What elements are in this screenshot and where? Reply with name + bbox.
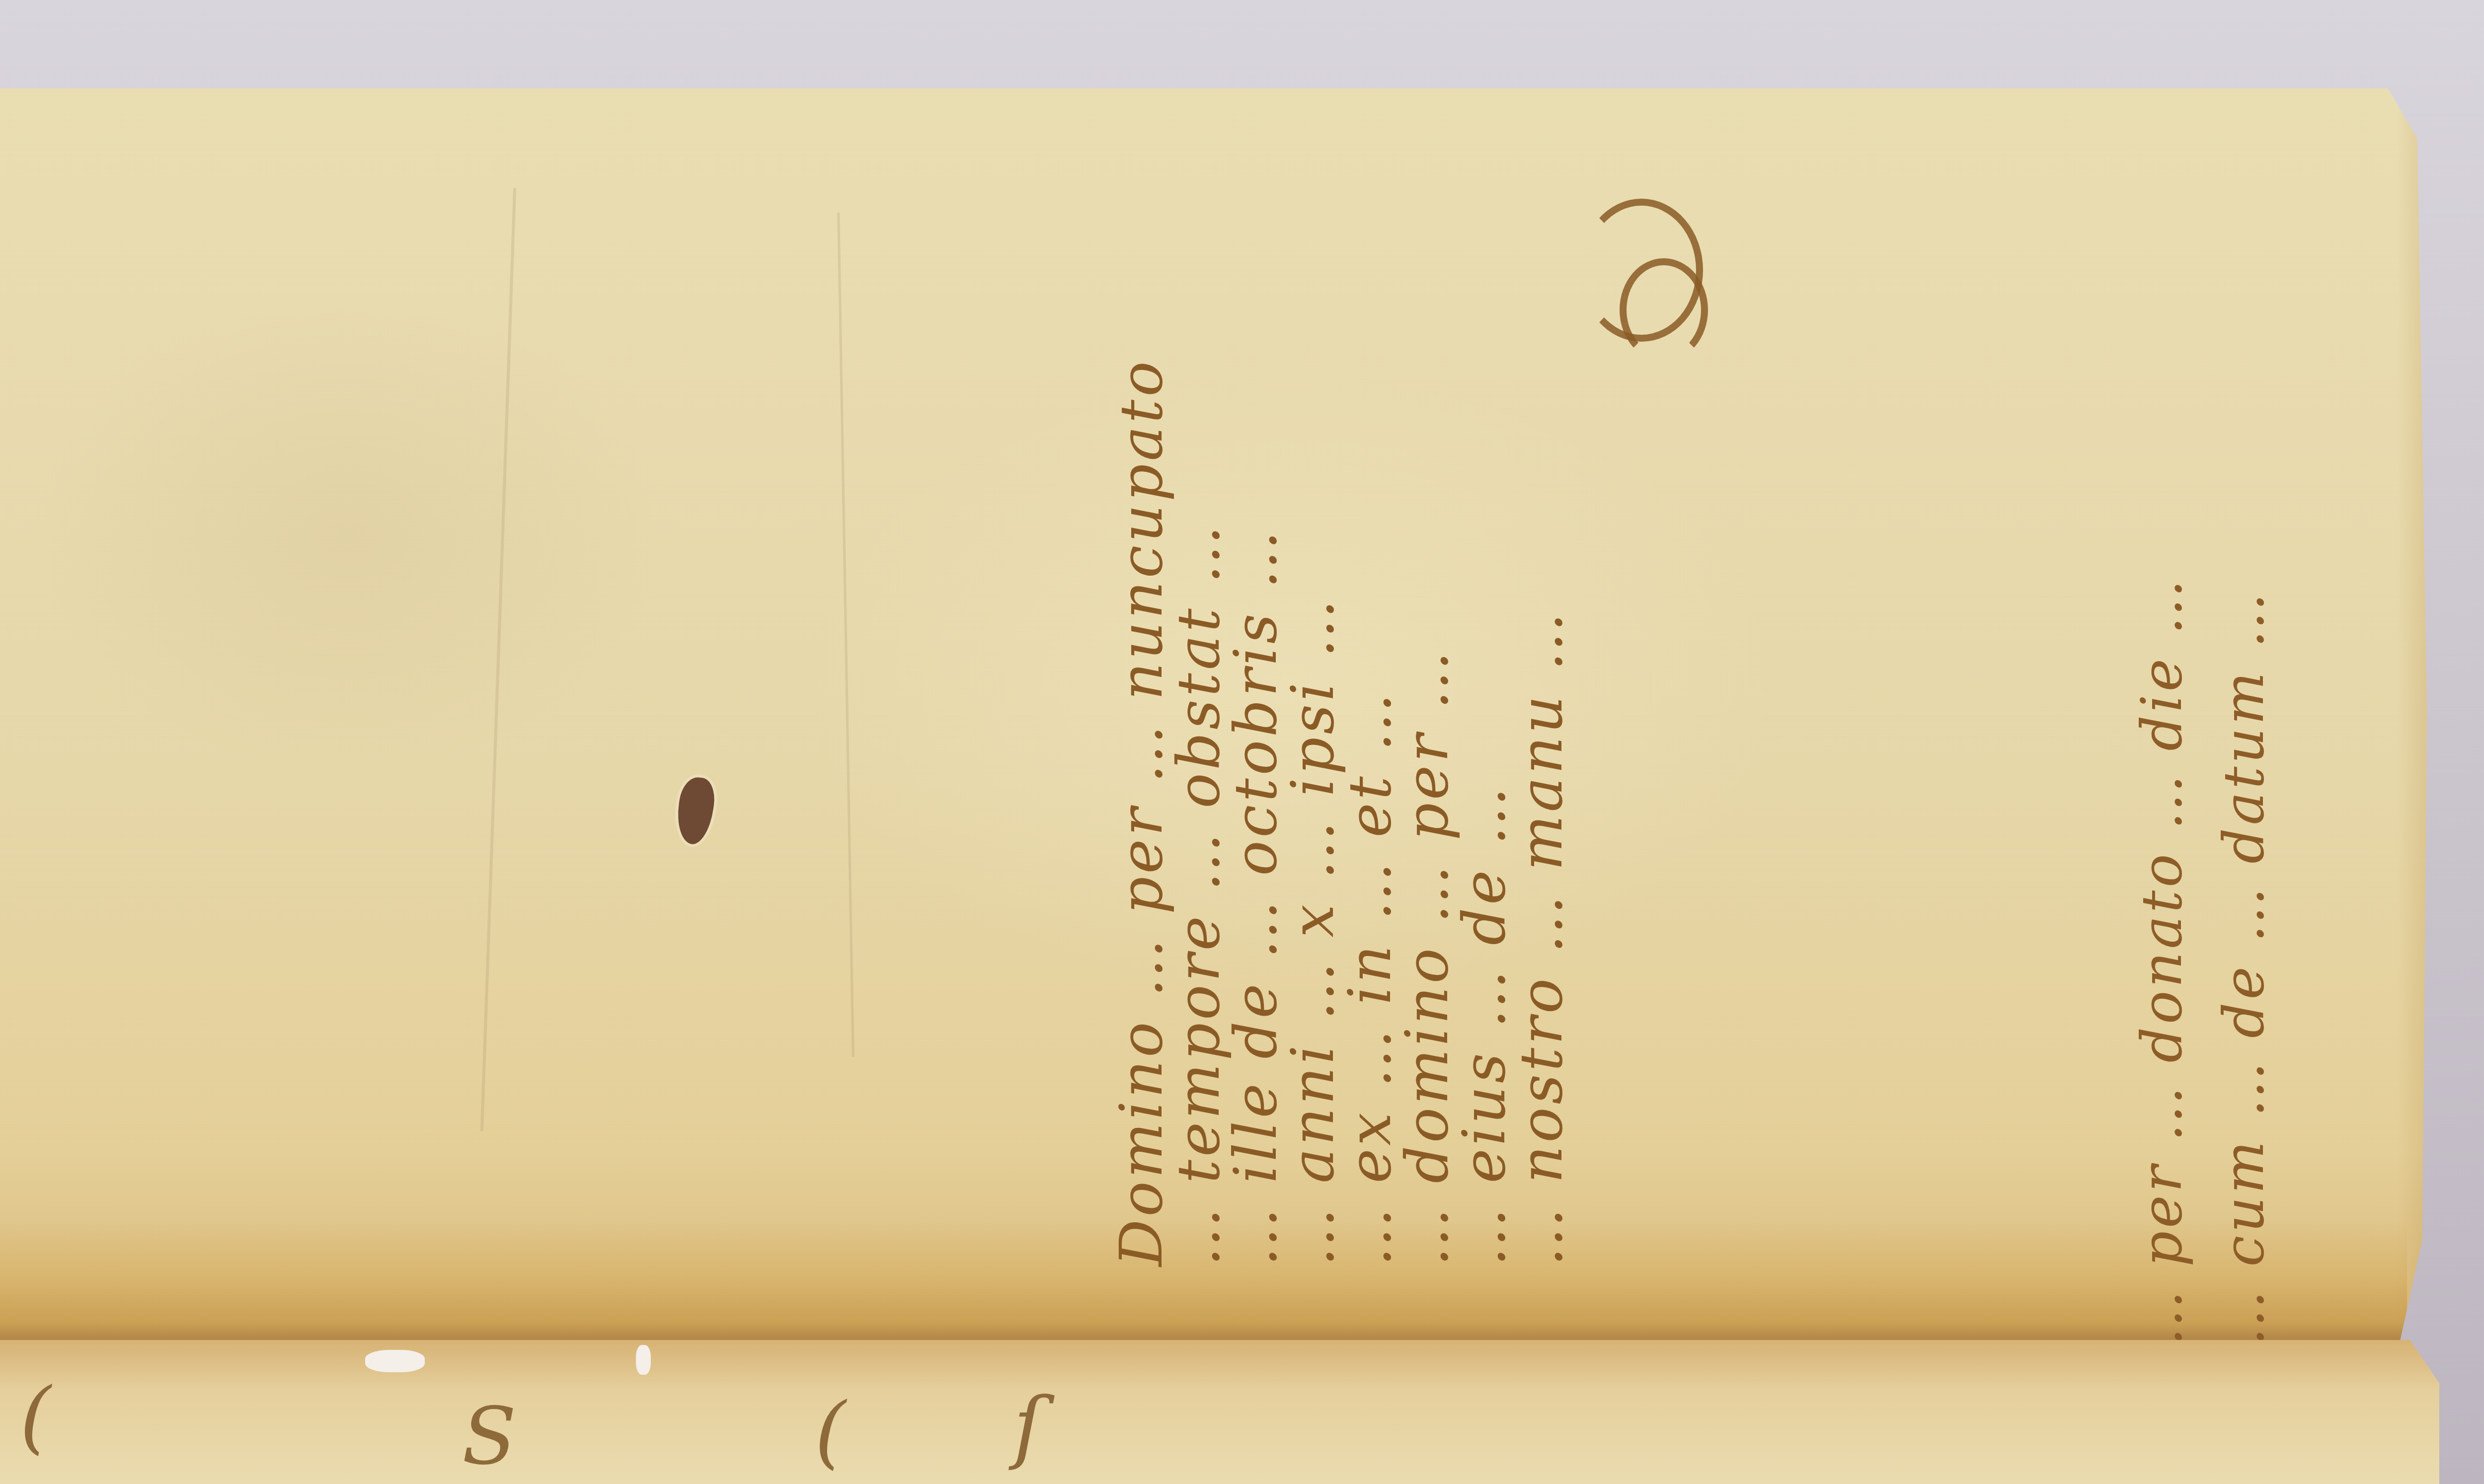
text-line: … nostro … manu … <box>1513 149 1570 1266</box>
text-line: Domino … per … nuncupato <box>1113 149 1170 1266</box>
facing-page-stroke: S <box>462 1390 517 1483</box>
show-through-line <box>480 188 516 1131</box>
text-line: … ille de … octobris … <box>1227 149 1284 1266</box>
show-through-line <box>837 213 854 1057</box>
paper-tear <box>365 1350 425 1372</box>
main-handwritten-text: Domino … per … nuncupato … tempore … obs… <box>1113 149 1570 1266</box>
annotation-line: … cum … de … datum … <box>2203 154 2285 1346</box>
text-line: … anni … x … ipsi … <box>1284 149 1341 1266</box>
facing-page-stroke: ſ <box>1013 1380 1043 1473</box>
facing-page-stroke: ( <box>815 1385 846 1478</box>
paper-tear <box>636 1345 651 1375</box>
worm-hole <box>674 775 717 846</box>
text-line: … tempore … obstat … <box>1170 149 1227 1266</box>
margin-annotation: … per … donato … die … … cum … de … datu… <box>2121 154 2285 1346</box>
facing-page-stroke: ( <box>20 1370 51 1463</box>
text-line: … ex … in … et … <box>1341 149 1398 1266</box>
annotation-line: … per … donato … die … <box>2121 154 2203 1346</box>
text-line: … domino … per … <box>1398 149 1456 1266</box>
initial-flourish <box>1620 258 1708 362</box>
text-line: … eius … de … <box>1456 149 1513 1266</box>
facing-leaf: ( S ( ſ <box>0 1340 2439 1484</box>
